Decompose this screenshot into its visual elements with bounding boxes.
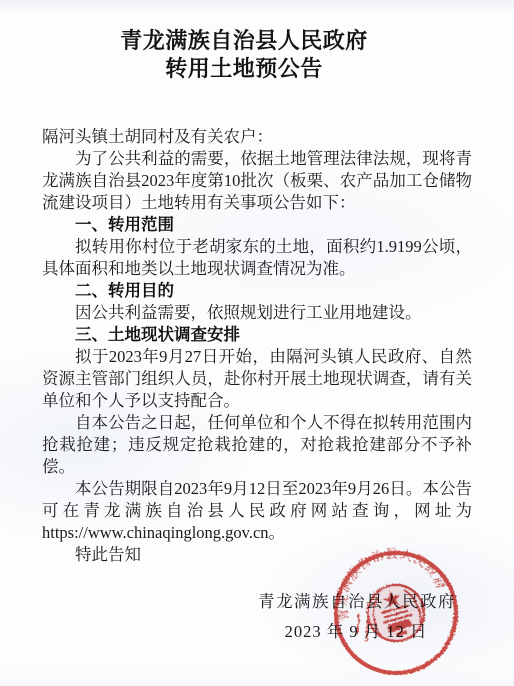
paragraph-list: 为了公共利益的需要，依据土地管理法律法规，现将青龙满族自治县2023年度第10批… xyxy=(42,148,472,566)
section-heading: 二、转用目的 xyxy=(42,280,472,302)
section-heading: 三、土地现状调查安排 xyxy=(42,324,472,346)
paragraph: 为了公共利益的需要，依据土地管理法律法规，现将青龙满族自治县2023年度第10批… xyxy=(42,148,472,214)
paragraph: 特此告知 xyxy=(42,544,472,566)
paragraph: 自本公告之日起，任何单位和个人不得在拟转用范围内抢栽抢建；违反规定抢栽抢建的，对… xyxy=(42,412,472,478)
issuer-name: 青龙满族自治县人民政府 xyxy=(258,588,454,612)
announcement-page: 青龙满族自治县人民政府 转用土地预公告 隔河头镇土胡同村及有关农户： 为了公共利… xyxy=(0,0,514,686)
document-title: 青龙满族自治县人民政府 转用土地预公告 xyxy=(0,27,514,83)
paragraph: 因公共利益需要，依照规划进行工业用地建设。 xyxy=(42,302,472,324)
paragraph: 拟于2023年9月27日开始，由隔河头镇人民政府、自然资源主管部门组织人员，赴你… xyxy=(42,346,472,412)
paragraph: 本公告期限自2023年9月12日至2023年9月26日。本公告可在青龙满族自治县… xyxy=(42,478,472,544)
salutation: 隔河头镇土胡同村及有关农户： xyxy=(42,126,472,148)
title-line-2: 转用土地预公告 xyxy=(0,55,488,83)
signature-block: 青龙满族自治县人民政府 2023 年 9 月 12 日 xyxy=(258,588,454,642)
paragraph: 拟转用你村位于老胡家东的土地，面积约1.9199公顷，具体面积和地类以土地现状调… xyxy=(42,236,472,280)
title-line-1: 青龙满族自治县人民政府 xyxy=(0,27,488,55)
issue-date: 2023 年 9 月 12 日 xyxy=(258,618,454,642)
document-body: 隔河头镇土胡同村及有关农户： 为了公共利益的需要，依据土地管理法律法规，现将青龙… xyxy=(42,126,472,566)
section-heading: 一、转用范围 xyxy=(42,214,472,236)
